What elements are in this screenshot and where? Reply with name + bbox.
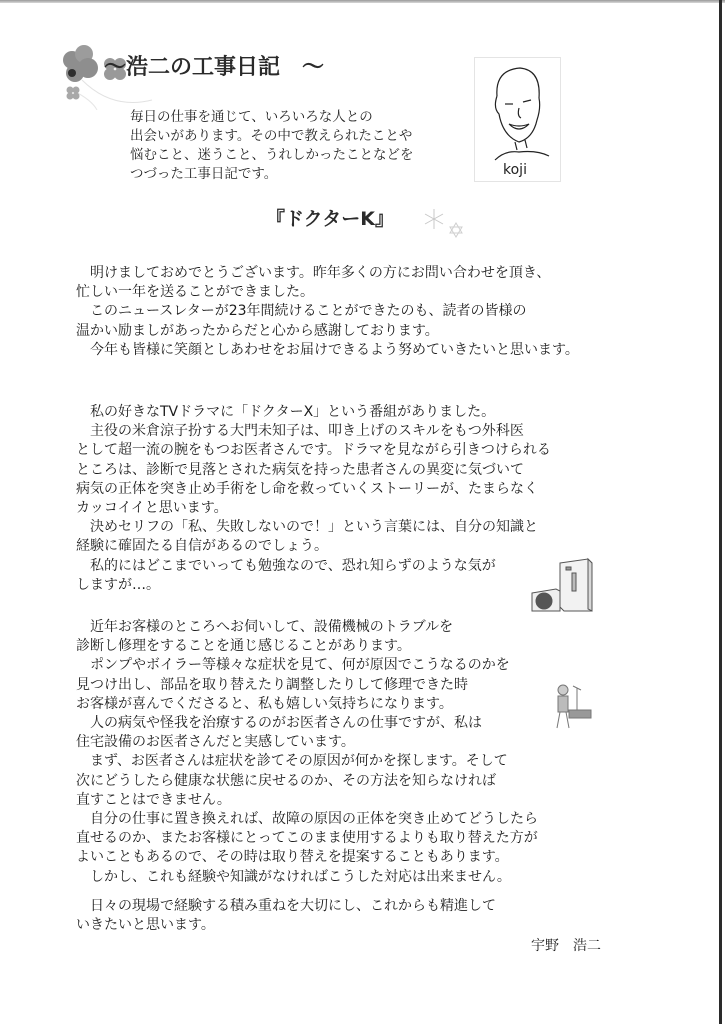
text-line: 私的にはどこまでいっても勉強なので、恐れ知らずのような気が bbox=[76, 557, 551, 576]
text-line: いきたいと思います。 bbox=[76, 916, 496, 935]
text-line: 診断し修理をすることを通じ感じることがあります。 bbox=[76, 637, 538, 656]
intro-line: 毎日の仕事を通じて、いろいろな人との bbox=[130, 108, 414, 127]
text-line: 温かい励ましがあったからだと心から感謝しております。 bbox=[76, 322, 579, 341]
text-line: 経験に確固たる自信があるのでしょう。 bbox=[76, 537, 551, 556]
paragraph-drama: 私の好きなTVドラマに「ドクターX」という番組がありました。 主役の米倉涼子扮す… bbox=[76, 403, 551, 595]
text-line: 主役の米倉涼子扮する大門未知子は、叩き上げのスキルをもつ外科医 bbox=[76, 422, 551, 441]
text-line: 人の病気や怪我を治療するのがお医者さんの仕事ですが、私は bbox=[76, 714, 538, 733]
text-line: よいこともあるので、その時は取り替えを提案することもあります。 bbox=[76, 848, 538, 867]
text-line: 直せるのか、またお客様にとってこのまま使用するよりも取り替えた方が bbox=[76, 829, 538, 848]
text-line: 自分の仕事に置き換えれば、故障の原因の正体を突き止めてどうしたら bbox=[76, 810, 538, 829]
intro-line: 出会いがあります。その中で教えられたことや bbox=[130, 127, 414, 146]
intro-text: 毎日の仕事を通じて、いろいろな人との 出会いがあります。その中で教えられたことや… bbox=[130, 108, 414, 184]
text-line: 住宅設備のお医者さんだと実感しています。 bbox=[76, 733, 538, 752]
face-sketch-icon: koji bbox=[475, 58, 560, 181]
text-line: カッコイイと思います。 bbox=[76, 499, 551, 518]
paragraph-closing: 日々の現場で経験する積み重ねを大切にし、これからも精進して いきたいと思います。 bbox=[76, 897, 496, 935]
page-title: ～浩二の工事日記 ～ bbox=[104, 50, 324, 81]
intro-line: つづった工事日記です。 bbox=[130, 165, 414, 184]
text-line: このニュースレターが23年間続けることができたのも、読者の皆様の bbox=[76, 302, 579, 321]
text-line: 病気の正体を突き止め手術をし命を救っていくストーリーが、たまらなく bbox=[76, 480, 551, 499]
snowflake-icon bbox=[422, 205, 472, 245]
paragraph-repair: 近年お客様のところへお伺いして、設備機械のトラブルを 診断し修理をすることを通じ… bbox=[76, 618, 538, 887]
svg-text:koji: koji bbox=[503, 162, 527, 178]
text-line: として超一流の腕をもつお医者さんです。ドラマを見ながら引きつけられる bbox=[76, 441, 551, 460]
text-line: 今年も皆様に笑顔としあわせをお届けできるよう努めていきたいと思います。 bbox=[76, 341, 579, 360]
worker-icon bbox=[545, 680, 595, 735]
text-line: しかし、これも経験や知識がなければこうした対応は出来ません。 bbox=[76, 868, 538, 887]
text-line: 忙しい一年を送ることができました。 bbox=[76, 283, 579, 302]
article-title: 『ドクターK』 bbox=[266, 204, 394, 231]
intro-line: 悩むこと、迷うこと、うれしかったことなどを bbox=[130, 146, 414, 165]
paragraph-greeting: 明けましておめでとうございます。昨年多くの方にお問い合わせを頂き、 忙しい一年を… bbox=[76, 264, 579, 360]
text-line: 明けましておめでとうございます。昨年多くの方にお問い合わせを頂き、 bbox=[76, 264, 579, 283]
text-line: 直すことはできません。 bbox=[76, 791, 538, 810]
text-line: 私の好きなTVドラマに「ドクターX」という番組がありました。 bbox=[76, 403, 551, 422]
author-signature: 宇野 浩二 bbox=[531, 935, 601, 955]
text-line: 日々の現場で経験する積み重ねを大切にし、これからも精進して bbox=[76, 897, 496, 916]
text-line: 決めセリフの「私、失敗しないので！」という言葉には、自分の知識と bbox=[76, 518, 551, 537]
text-line: 近年お客様のところへお伺いして、設備機械のトラブルを bbox=[76, 618, 538, 637]
text-line: お客様が喜んでくださると、私も嬉しい気持ちになります。 bbox=[76, 695, 538, 714]
text-line: ところは、診断で見落とされた病気を持った患者さんの異変に気づいて bbox=[76, 461, 551, 480]
text-line: しますが…。 bbox=[76, 576, 551, 595]
portrait-sketch: koji bbox=[474, 57, 561, 182]
text-line: 次にどうしたら健康な状態に戻せるのか、その方法を知らなければ bbox=[76, 772, 538, 791]
text-line: 見つけ出し、部品を取り替えたり調整したりして修理できた時 bbox=[76, 676, 538, 695]
page-top-edge bbox=[0, 0, 725, 3]
page-right-edge bbox=[719, 0, 722, 1024]
text-line: ポンプやボイラー等様々な症状を見て、何が原因でこうなるのかを bbox=[76, 656, 538, 675]
heat-pump-icon bbox=[528, 553, 603, 618]
text-line: まず、お医者さんは症状を診てその原因が何かを探します。そして bbox=[76, 752, 538, 771]
